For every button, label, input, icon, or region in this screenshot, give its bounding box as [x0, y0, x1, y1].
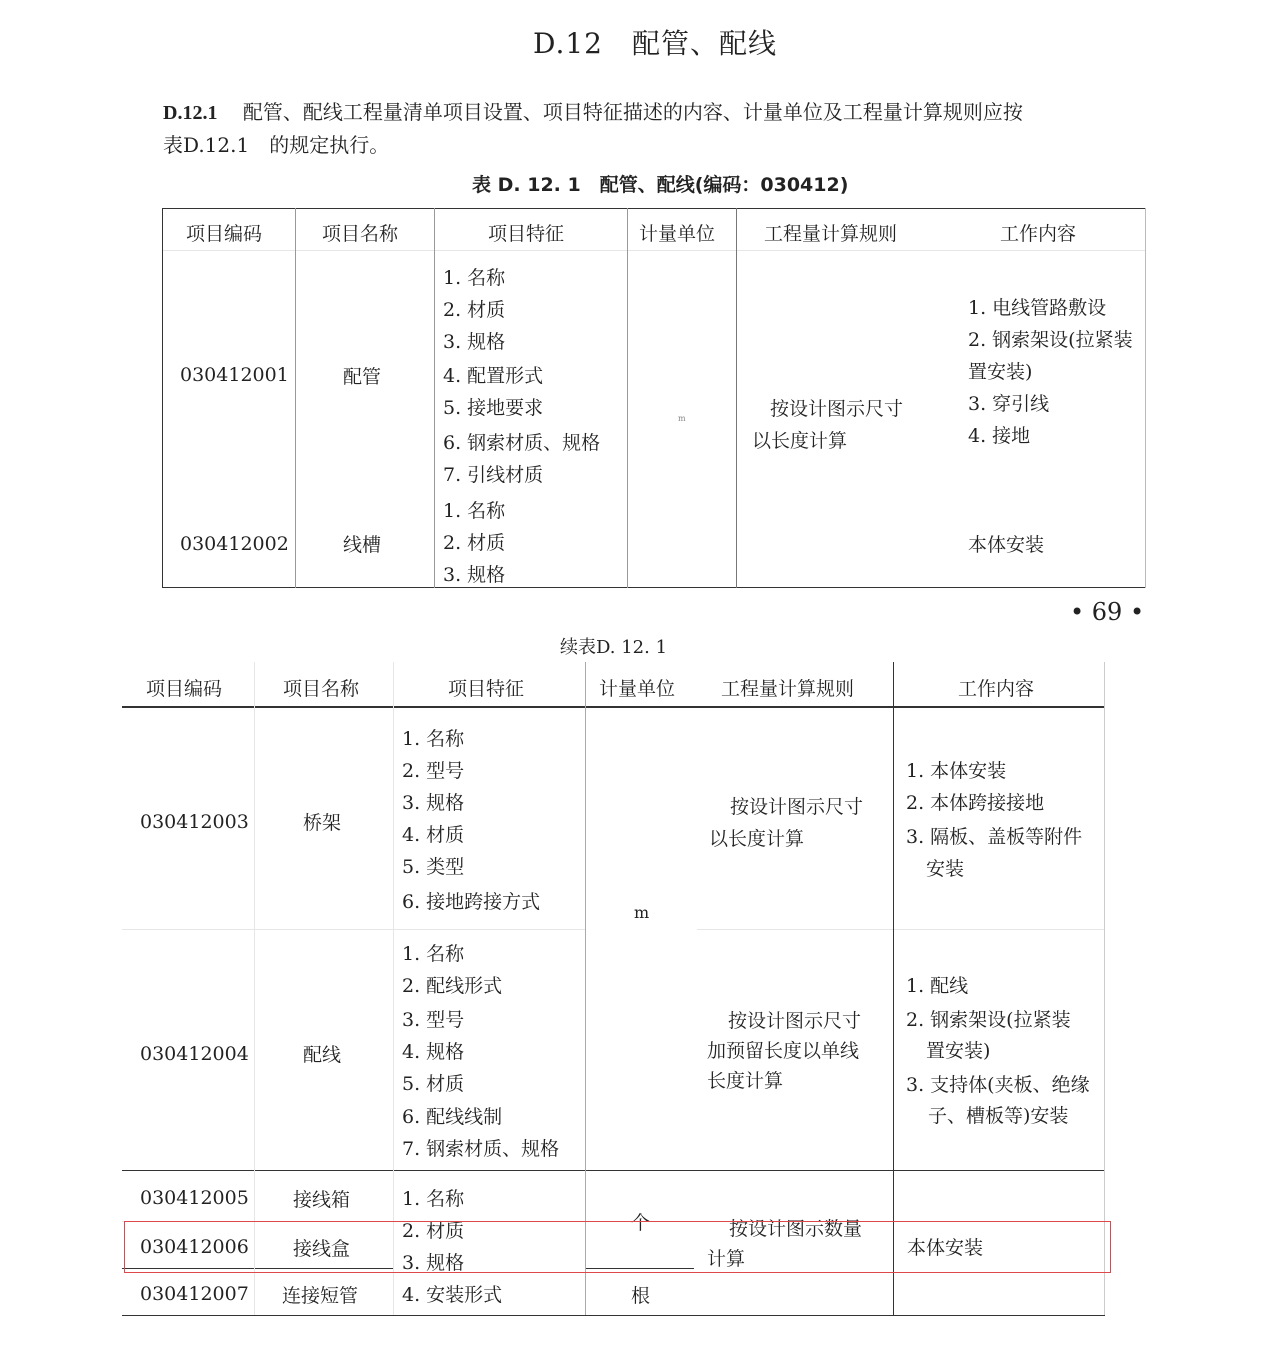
feature-item: 1. 名称: [402, 1183, 502, 1215]
feature-item: 1. 名称: [402, 723, 540, 755]
t2-header-work: 工作内容: [958, 674, 1034, 701]
t2-unit-pipe: 根: [631, 1281, 650, 1308]
feature-item: 2. 型号: [402, 755, 540, 787]
t1-row1-features: 1. 名称 2. 材质 3. 规格 4. 配置形式 5. 接地要求 6. 钢索材…: [443, 262, 600, 491]
work-item: 2. 钢索架设(拉紧装: [968, 324, 1133, 356]
row-highlight-box: [124, 1221, 1111, 1273]
feature-item: 4. 配置形式: [443, 360, 600, 392]
t2-header-code: 项目编码: [146, 674, 222, 701]
feature-item: 2. 材质: [443, 527, 505, 559]
work-item: 3. 穿引线: [968, 388, 1133, 420]
t2-row2-features: 1. 名称 2. 配线形式 3. 型号 4. 规格 5. 材质 6. 配线线制 …: [402, 938, 559, 1165]
t1-row1-name: 配管: [343, 362, 381, 389]
t1-header-work: 工作内容: [1000, 219, 1076, 246]
work-item: 2. 本体跨接接地: [906, 787, 1082, 819]
rule-line: 按设计图示尺寸: [752, 393, 903, 425]
t2-row1-rule: 按设计图示尺寸 以长度计算: [709, 791, 863, 855]
t2-row3-code: 030412005: [140, 1187, 249, 1209]
t2-header-rule: 工程量计算规则: [721, 674, 854, 701]
feature-item: 5. 材质: [402, 1068, 559, 1100]
table1-caption: 表 D. 12. 1 配管、配线(编码：030412): [472, 170, 848, 197]
feature-item: 4. 材质: [402, 819, 540, 851]
t1-row2-name: 线槽: [343, 530, 381, 557]
feature-item: 4. 规格: [402, 1036, 559, 1068]
rule-line: 以长度计算: [752, 425, 903, 457]
feature-item: 6. 接地跨接方式: [402, 886, 540, 918]
page-number: • 69 •: [1070, 598, 1144, 626]
t1-unit: m: [678, 414, 686, 423]
feature-item: 3. 规格: [443, 559, 505, 591]
rule-line: 以长度计算: [709, 823, 863, 855]
feature-item: 4. 安装形式: [402, 1279, 502, 1311]
t1-row2-code: 030412002: [180, 533, 289, 555]
work-item: 安装: [906, 853, 1082, 885]
work-item: 子、槽板等)安装: [906, 1101, 1090, 1132]
rule-line: 按设计图示尺寸: [707, 1006, 861, 1036]
feature-item: 6. 配线线制: [402, 1101, 559, 1133]
t1-rule: 按设计图示尺寸 以长度计算: [752, 393, 903, 457]
t1-header-code: 项目编码: [186, 219, 262, 246]
t2-row2-rule: 按设计图示尺寸 加预留长度以单线 长度计算: [707, 1006, 861, 1096]
feature-item: 1. 名称: [443, 262, 600, 294]
work-item: 3. 隔板、盖板等附件: [906, 821, 1082, 853]
work-item: 3. 支持体(夹板、绝缘: [906, 1070, 1090, 1101]
t2-unit-m: m: [634, 903, 649, 922]
t2-row1-name: 桥架: [303, 808, 341, 835]
t1-header-name: 项目名称: [322, 219, 398, 246]
feature-item: 5. 类型: [402, 851, 540, 883]
t2-header-name: 项目名称: [283, 674, 359, 701]
feature-item: 3. 规格: [402, 787, 540, 819]
t1-row2-work: 本体安装: [968, 530, 1044, 557]
t1-header-unit: 计量单位: [639, 219, 715, 246]
t2-row1-features: 1. 名称 2. 型号 3. 规格 4. 材质 5. 类型 6. 接地跨接方式: [402, 723, 540, 918]
t2-row5-code: 030412007: [140, 1283, 249, 1305]
feature-item: 3. 型号: [402, 1004, 559, 1036]
t2-row5-name: 连接短管: [282, 1281, 358, 1308]
t2-header-features: 项目特征: [448, 674, 524, 701]
t2-row1-work: 1. 本体安装 2. 本体跨接接地 3. 隔板、盖板等附件 安装: [906, 755, 1082, 885]
feature-item: 1. 名称: [402, 938, 559, 970]
feature-item: 7. 钢索材质、规格: [402, 1133, 559, 1165]
rule-line: 按设计图示尺寸: [709, 791, 863, 823]
feature-item: 3. 规格: [443, 326, 600, 358]
t2-row3-name: 接线箱: [293, 1185, 350, 1212]
work-item: 置安装): [906, 1036, 1090, 1067]
t2-row2-code: 030412004: [140, 1043, 249, 1065]
feature-item: 6. 钢索材质、规格: [443, 427, 600, 459]
work-item: 置安装): [968, 356, 1133, 388]
feature-item: 5. 接地要求: [443, 392, 600, 424]
work-item: 1. 本体安装: [906, 755, 1082, 787]
rule-line: 加预留长度以单线: [707, 1036, 861, 1066]
work-item: 1. 电线管路敷设: [968, 292, 1133, 324]
work-item: 2. 钢索架设(拉紧装: [906, 1005, 1090, 1036]
table2-caption: 续表D. 12. 1: [560, 633, 667, 659]
section-title: D.12 配管、配线: [533, 22, 777, 62]
t2-row2-name: 配线: [303, 1040, 341, 1067]
work-item: 1. 配线: [906, 971, 1090, 1002]
t1-row2-features: 1. 名称 2. 材质 3. 规格: [443, 495, 505, 591]
t1-row1-code: 030412001: [180, 364, 289, 386]
feature-item: 7. 引线材质: [443, 459, 600, 491]
intro-paragraph: D.12.1 配管、配线工程量清单项目设置、项目特征描述的内容、计量单位及工程量…: [163, 96, 1153, 161]
rule-line: 长度计算: [707, 1066, 861, 1096]
clause-label: D.12.1: [163, 102, 217, 124]
t2-row1-code: 030412003: [140, 811, 249, 833]
feature-item: 2. 配线形式: [402, 970, 559, 1002]
t1-row1-work: 1. 电线管路敷设 2. 钢索架设(拉紧装 置安装) 3. 穿引线 4. 接地: [968, 292, 1133, 452]
work-item: 4. 接地: [968, 420, 1133, 452]
feature-item: 1. 名称: [443, 495, 505, 527]
t1-header-features: 项目特征: [488, 219, 564, 246]
clause-text-1: 配管、配线工程量清单项目设置、项目特征描述的内容、计量单位及工程量计算规则应按: [243, 100, 1023, 124]
t2-row2-work: 1. 配线 2. 钢索架设(拉紧装 置安装) 3. 支持体(夹板、绝缘 子、槽板…: [906, 971, 1090, 1132]
t2-header-unit: 计量单位: [599, 674, 675, 701]
t1-header-rule: 工程量计算规则: [764, 219, 897, 246]
feature-item: 2. 材质: [443, 294, 600, 326]
clause-text-2: 表D.12.1 的规定执行。: [163, 129, 1153, 161]
